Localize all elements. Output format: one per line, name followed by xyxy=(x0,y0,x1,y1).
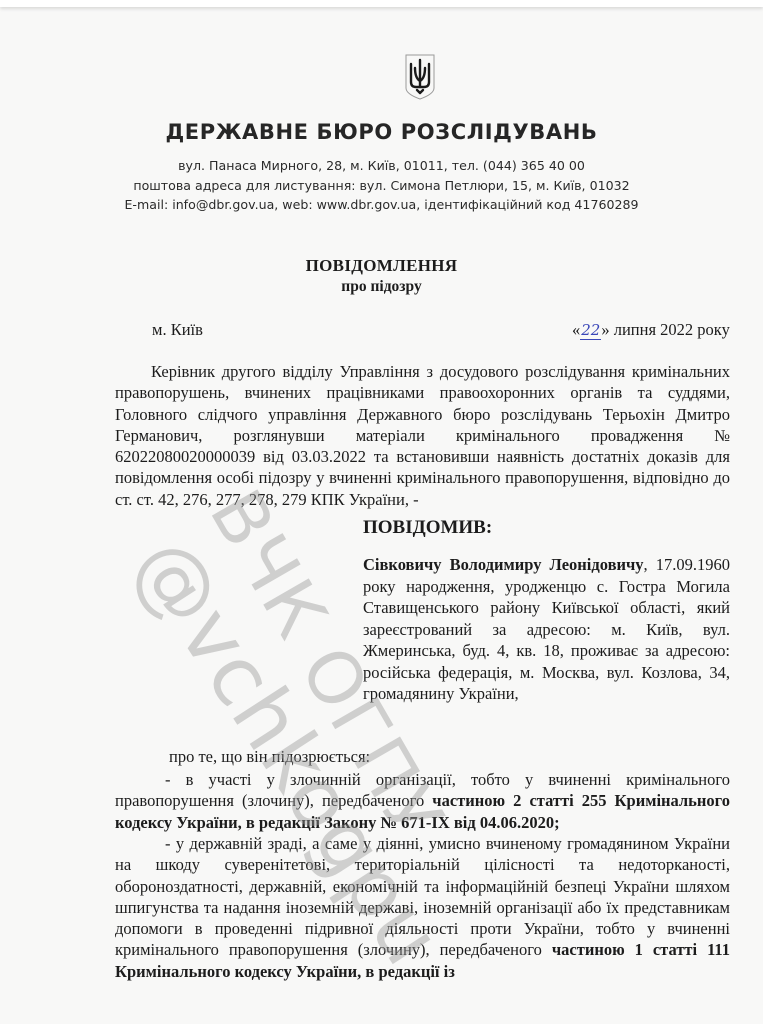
announced-heading: ПОВІДОМИВ: xyxy=(363,517,492,539)
intro-paragraph: Керівник другого відділу Управління з до… xyxy=(115,361,730,510)
address-line: вул. Панаса Мирного, 28, м. Київ, 01011,… xyxy=(0,158,763,173)
date-close-quote: » xyxy=(601,320,609,339)
charge-item: - у державній зраді, а саме у діянні, ум… xyxy=(115,833,730,982)
suspect-details: , 17.09.1960 року народження, уродженцю … xyxy=(363,555,730,703)
date-open-quote: « xyxy=(572,320,580,339)
charge-item: - в участі у злочинній організації, тобт… xyxy=(115,769,730,833)
document-subtitle: про підозру xyxy=(0,278,763,296)
suspect-block: Сівковичу Володимиру Леонідовичу, 17.09.… xyxy=(363,554,730,705)
document-date: «22» липня 2022 року xyxy=(572,320,730,340)
date-day-handwritten: 22 xyxy=(580,321,601,340)
city: м. Київ xyxy=(152,320,203,340)
date-month-year: липня 2022 року xyxy=(610,320,730,339)
trident-coat-of-arms-icon xyxy=(404,54,436,100)
document-title: ПОВІДОМЛЕННЯ xyxy=(0,256,763,276)
top-edge-strip xyxy=(0,0,763,7)
document-page: ДЕРЖАВНЕ БЮРО РОЗСЛІДУВАНЬ вул. Панаса М… xyxy=(0,7,763,1024)
organization-name: ДЕРЖАВНЕ БЮРО РОЗСЛІДУВАНЬ xyxy=(0,120,763,144)
suspected-of-label: про те, що він підозрюється: xyxy=(169,747,370,767)
suspect-name: Сівковичу Володимиру Леонідовичу xyxy=(363,555,644,574)
postal-address-line: поштова адреса для листування: вул. Симо… xyxy=(0,178,763,193)
contact-line: E-mail: info@dbr.gov.ua, web: www.dbr.go… xyxy=(0,197,763,212)
